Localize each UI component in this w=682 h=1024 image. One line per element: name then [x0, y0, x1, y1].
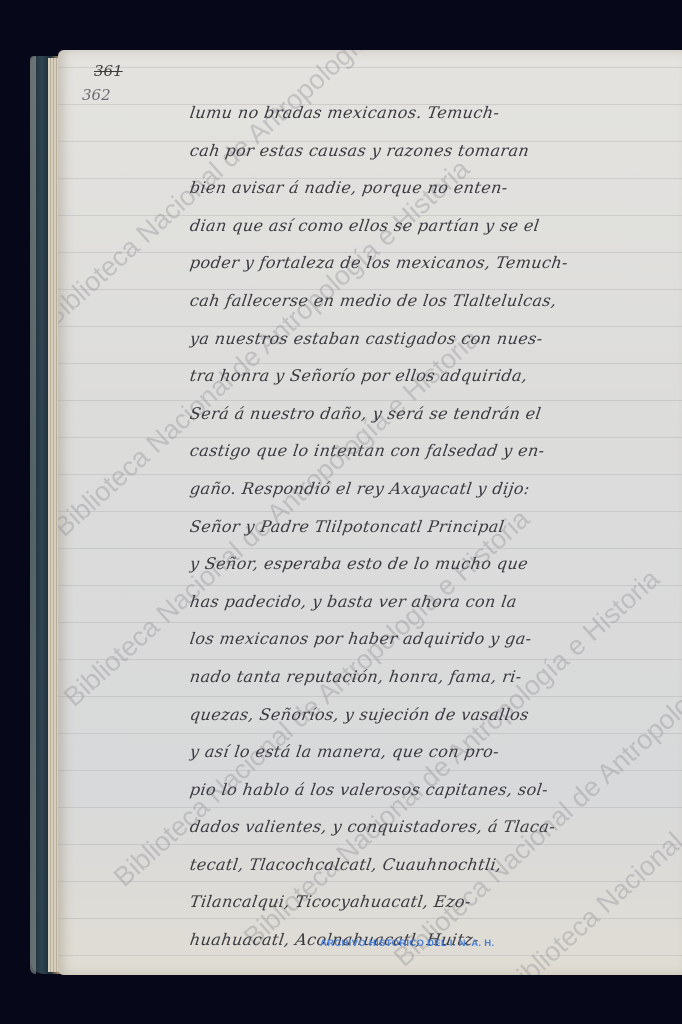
- text-line: dados valientes, y conquistadores, á Tla…: [187, 808, 662, 846]
- text-line: tecatl, Tlacochcalcatl, Cuauhnochtli,: [187, 846, 662, 884]
- text-line: nado tanta reputación, honra, fama, ri-: [187, 658, 662, 696]
- text-line: tra honra y Señorío por ellos adquirida,: [187, 357, 662, 395]
- text-line: quezas, Señoríos, y sujeción de vasallos: [187, 696, 662, 734]
- text-line: cah por estas causas y razones tomaran: [187, 132, 662, 170]
- manuscript-page: 361 362 Biblioteca Nacional de Antropolo…: [58, 50, 682, 975]
- text-line: lumu no bradas mexicanos. Temuch-: [187, 94, 662, 132]
- text-line: pio lo hablo á los valerosos capitanes, …: [187, 771, 662, 809]
- text-line: poder y fortaleza de los mexicanos, Temu…: [187, 244, 662, 282]
- text-line: castigo que lo intentan con falsedad y e…: [187, 432, 662, 470]
- text-line: los mexicanos por haber adquirido y ga-: [187, 620, 662, 658]
- archive-stamp: ARCHIVO HISTORICO DEL I. N. A. H.: [320, 938, 494, 949]
- text-line: y así lo está la manera, que con pro-: [187, 733, 662, 771]
- text-line: gaño. Respondió el rey Axayacatl y dijo:: [187, 470, 662, 508]
- folio-number-struck: 361: [94, 62, 123, 80]
- text-line: has padecido, y basta ver ahora con la: [187, 583, 662, 621]
- text-line: ya nuestros estaban castigados con nues-: [187, 320, 662, 358]
- text-line: Tilancalqui, Ticocyahuacatl, Ezo-: [187, 883, 662, 921]
- binding-worn-edge: [30, 56, 36, 974]
- text-line: dian que así como ellos se partían y se …: [187, 207, 662, 245]
- folio-number: 362: [82, 86, 111, 104]
- text-line: Será á nuestro daño, y será se tendrán e…: [187, 395, 662, 433]
- text-line: y Señor, esperaba esto de lo mucho que: [187, 545, 662, 583]
- text-line: Señor y Padre Tlilpotoncatl Principal: [187, 508, 662, 546]
- text-line: cah fallecerse en medio de los Tlaltelul…: [187, 282, 662, 320]
- text-line: bien avisar á nadie, porque no enten-: [187, 169, 662, 207]
- handwritten-text: lumu no bradas mexicanos. Temuch- cah po…: [190, 94, 660, 959]
